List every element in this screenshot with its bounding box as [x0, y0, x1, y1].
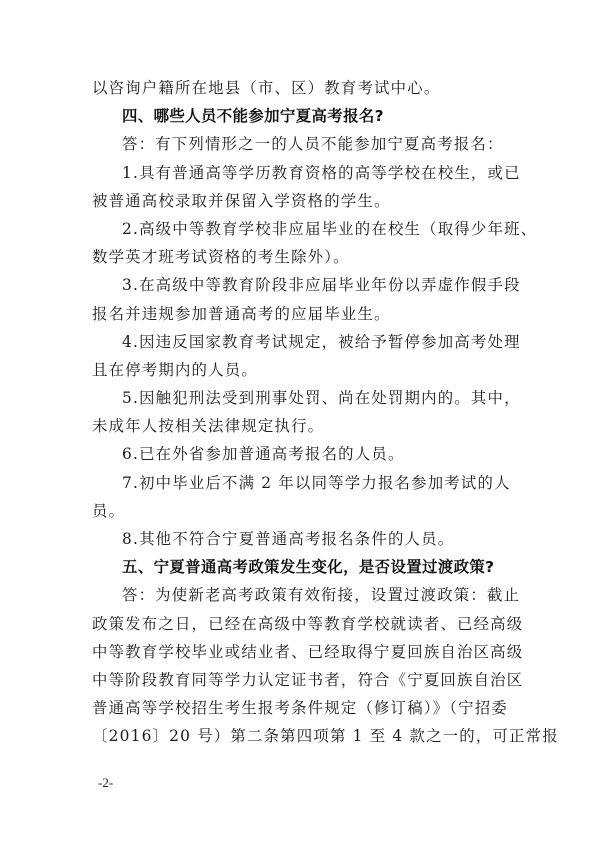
list-item-3-cont: 报名并违规参加普通高考的应届毕业生。 [92, 300, 506, 328]
list-item-8: 8.其他不符合宁夏普通高考报名条件的人员。 [92, 525, 506, 553]
list-item-5-cont: 未成年人按相关法律规定执行。 [92, 412, 506, 440]
document-page: 以咨询户籍所在地县（市、区）教育考试中心。 四、哪些人员不能参加宁夏高考报名? … [0, 0, 595, 842]
list-item-2-cont: 数学英才班考试资格的考生除外）。 [92, 243, 506, 271]
body-line: 〔2016〕20 号）第二条第四项第 1 至 4 款之一的，可正常报 [92, 722, 506, 750]
list-item-7-cont: 员。 [92, 497, 506, 525]
body-line: 中等教育学校毕业或结业者、已经取得宁夏回族自治区高级 [92, 638, 506, 666]
list-item-5: 5.因触犯刑法受到刑事处罚、尚在处罚期内的。其中， [92, 384, 506, 412]
list-item-4: 4.因违反国家教育考试规定，被给予暂停参加高考处理 [92, 328, 506, 356]
list-item-7: 7.初中毕业后不满 2 年以同等学力报名参加考试的人 [92, 469, 506, 497]
list-item-3: 3.在高级中等教育阶段非应届毕业年份以弄虚作假手段 [92, 271, 506, 299]
document-body: 以咨询户籍所在地县（市、区）教育考试中心。 四、哪些人员不能参加宁夏高考报名? … [92, 74, 506, 751]
body-line: 普通高等学校招生考生报考条件规定（修订稿）》（宁招委 [92, 694, 506, 722]
list-item-6: 6.已在外省参加普通高考报名的人员。 [92, 440, 506, 468]
list-item-1-cont: 被普通高校录取并保留入学资格的学生。 [92, 187, 506, 215]
answer-line: 答：为使新老高考政策有效衔接，设置过渡政策：截止 [92, 581, 506, 609]
body-line: 以咨询户籍所在地县（市、区）教育考试中心。 [92, 74, 506, 102]
list-item-2: 2.高级中等教育学校非应届毕业的在校生（取得少年班、 [92, 215, 506, 243]
body-line: 中等阶段教育同等学力认定证书者，符合《宁夏回族自治区 [92, 666, 506, 694]
page-number: -2- [98, 775, 113, 791]
section-heading-4: 四、哪些人员不能参加宁夏高考报名? [92, 102, 506, 130]
section-heading-5: 五、宁夏普通高考政策发生变化，是否设置过渡政策? [92, 553, 506, 581]
list-item-1: 1.具有普通高等学历教育资格的高等学校在校生，或已 [92, 159, 506, 187]
body-line: 政策发布之日，已经在高级中等教育学校就读者、已经高级 [92, 610, 506, 638]
list-item-4-cont: 且在停考期内的人员。 [92, 356, 506, 384]
answer-line: 答：有下列情形之一的人员不能参加宁夏高考报名： [92, 130, 506, 158]
